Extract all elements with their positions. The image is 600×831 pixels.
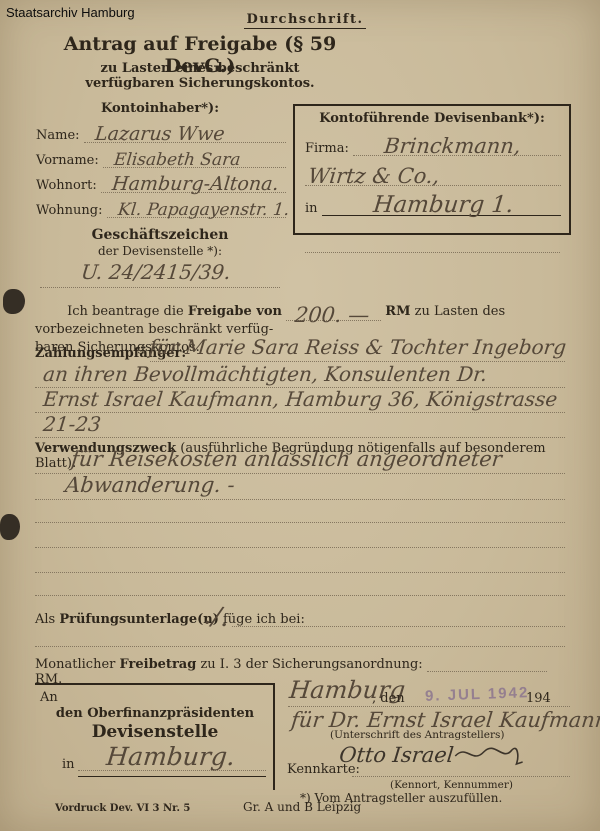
monthly-label-pre: Monatlicher — [35, 657, 115, 672]
address-line-2: Devisenstelle — [45, 722, 265, 742]
firma-line-2: Wirtz & Co., — [305, 159, 561, 186]
monthly-label-post: zu I. 3 der Sicherungsanordnung: — [200, 657, 422, 672]
attachments-label-pre: Als — [35, 612, 55, 627]
year-print: 194 — [526, 691, 551, 706]
file-ref-heading-1: Geschäftszeichen — [35, 227, 285, 243]
purpose-rule-2 — [35, 499, 565, 500]
signature-flourish-icon — [452, 742, 533, 768]
purpose-line-1: für Reisekosten anlässlich angeordneter — [70, 447, 503, 471]
purpose-line-2: Abwanderung. - — [64, 473, 236, 497]
wohnung-label: Wohnung: — [36, 203, 103, 218]
wohnung-value: Kl. Papagayenstr. 1. — [117, 200, 290, 220]
request-unit: RM — [385, 304, 410, 319]
field-vorname: Vorname: Elisabeth Sara — [36, 143, 286, 168]
attachments-label-row: Als Prüfungsunterlage(n) füge ich bei: — [35, 612, 305, 627]
payee-line-4: 21-23 — [42, 412, 102, 436]
punch-hole-bottom — [0, 514, 20, 540]
payee-rule-4 — [35, 437, 565, 438]
firma-row: Firma: Brinckmann, — [305, 130, 561, 156]
amount-line: 200. — — [286, 320, 381, 321]
request-bold: Freigabe von — [188, 304, 282, 319]
purpose-rule-5 — [35, 572, 565, 573]
payee-line-1: für Marie Sara Reiss & Tochter Ingeborg — [148, 335, 567, 359]
attachments-value: ./. — [202, 600, 231, 633]
form-subtitle-2: verfügbaren Sicherungskontos. — [40, 76, 360, 91]
attachments-rule — [232, 626, 565, 627]
firma-value-2: Wirtz & Co., — [307, 164, 441, 188]
address-line-1: den Oberfinanzpräsidenten — [45, 706, 265, 721]
address-in-underline — [78, 776, 266, 777]
attachments-label-post: füge ich bei: — [223, 612, 305, 627]
copy-label: Durchschrift. — [240, 12, 370, 27]
form-subtitle-1: zu Lasten eines beschränkt — [40, 61, 360, 76]
file-ref-heading-2: der Devisenstelle *): — [35, 244, 285, 258]
monthly-label-bold: Freibetrag — [120, 657, 197, 672]
field-wohnung: Wohnung: Kl. Papagayenstr. 1. — [36, 193, 286, 218]
name-label: Name: — [36, 128, 80, 143]
field-wohnort: Wohnort: Hamburg-Altona. — [36, 168, 286, 193]
wohnort-label: Wohnort: — [36, 178, 97, 193]
bank-box-heading: Kontoführende Devisenbank*): — [305, 111, 559, 126]
address-box-right-border — [273, 683, 275, 790]
bank-in-label: in — [305, 201, 318, 216]
bank-in-line: Hamburg 1. — [322, 189, 561, 216]
field-name: Name: Lazarus Wwe — [36, 118, 286, 143]
firma-line: Brinckmann, — [353, 129, 561, 156]
wohnung-line: Kl. Papagayenstr. 1. — [107, 192, 287, 218]
bank-box: Kontoführende Devisenbank*): Firma: Brin… — [293, 104, 571, 235]
monthly-amount-line — [427, 671, 547, 672]
bank-in-value: Hamburg 1. — [372, 192, 515, 218]
den-label: , den — [372, 691, 405, 706]
footer-form-number: Vordruck Dev. VI 3 Nr. 5 — [55, 803, 190, 814]
purpose-rule-4 — [35, 547, 565, 548]
copy-label-text: Durchschrift. — [244, 12, 365, 29]
name-line: Lazarus Wwe — [84, 117, 286, 143]
file-ref-value: U. 24/2415/39. — [80, 260, 232, 284]
attachments-label-bold: Prüfungsunterlage(n) — [59, 612, 219, 627]
punch-hole-top — [3, 289, 25, 314]
request-intro: Ich beantrage die — [67, 304, 184, 319]
bank-trailing-rule — [305, 252, 560, 253]
address-in-value: Hamburg. — [105, 742, 236, 771]
wohnort-line: Hamburg-Altona. — [101, 167, 286, 193]
kennkarte-rule — [352, 776, 570, 777]
date-stamp: 9. JUL 1942 — [425, 684, 530, 705]
signature: Otto Israel — [338, 742, 533, 768]
address-an: An — [40, 690, 58, 705]
date-rule — [288, 706, 570, 707]
payee-line-2: an ihren Bevollmächtigten, Konsulenten D… — [42, 362, 488, 386]
firma-value-1: Brinckmann, — [383, 134, 522, 158]
vorname-label: Vorname: — [36, 153, 99, 168]
payee-rule-3 — [35, 412, 565, 413]
signature-caption: (Unterschrift des Antragstellers) — [330, 729, 505, 741]
file-ref-rule — [40, 287, 280, 288]
payee-line-3: Ernst Israel Kaufmann, Hamburg 36, König… — [42, 387, 559, 411]
firma-label: Firma: — [305, 141, 349, 156]
footer-printer: Gr. A und B Leipzig — [243, 800, 361, 814]
kennkarte-caption: (Kennort, Kennummer) — [390, 779, 513, 791]
vorname-line: Elisabeth Sara — [103, 142, 286, 168]
kennkarte-label: Kennkarte: — [287, 762, 360, 777]
archive-label: Staatsarchiv Hamburg — [6, 5, 135, 20]
address-box-top-border — [35, 683, 273, 685]
attachments-rule-2 — [35, 646, 565, 647]
firma-row-2: Wirtz & Co., — [305, 160, 561, 186]
account-holder-heading: Kontoinhaber*): — [35, 101, 285, 116]
amount-value: 200. — — [294, 306, 370, 324]
document-page: Staatsarchiv Hamburg Durchschrift. Antra… — [0, 0, 600, 831]
purpose-rule-6 — [35, 595, 565, 596]
bank-in-row: in Hamburg 1. — [305, 190, 561, 216]
purpose-rule-3 — [35, 522, 565, 523]
address-in-label: in — [62, 757, 75, 772]
